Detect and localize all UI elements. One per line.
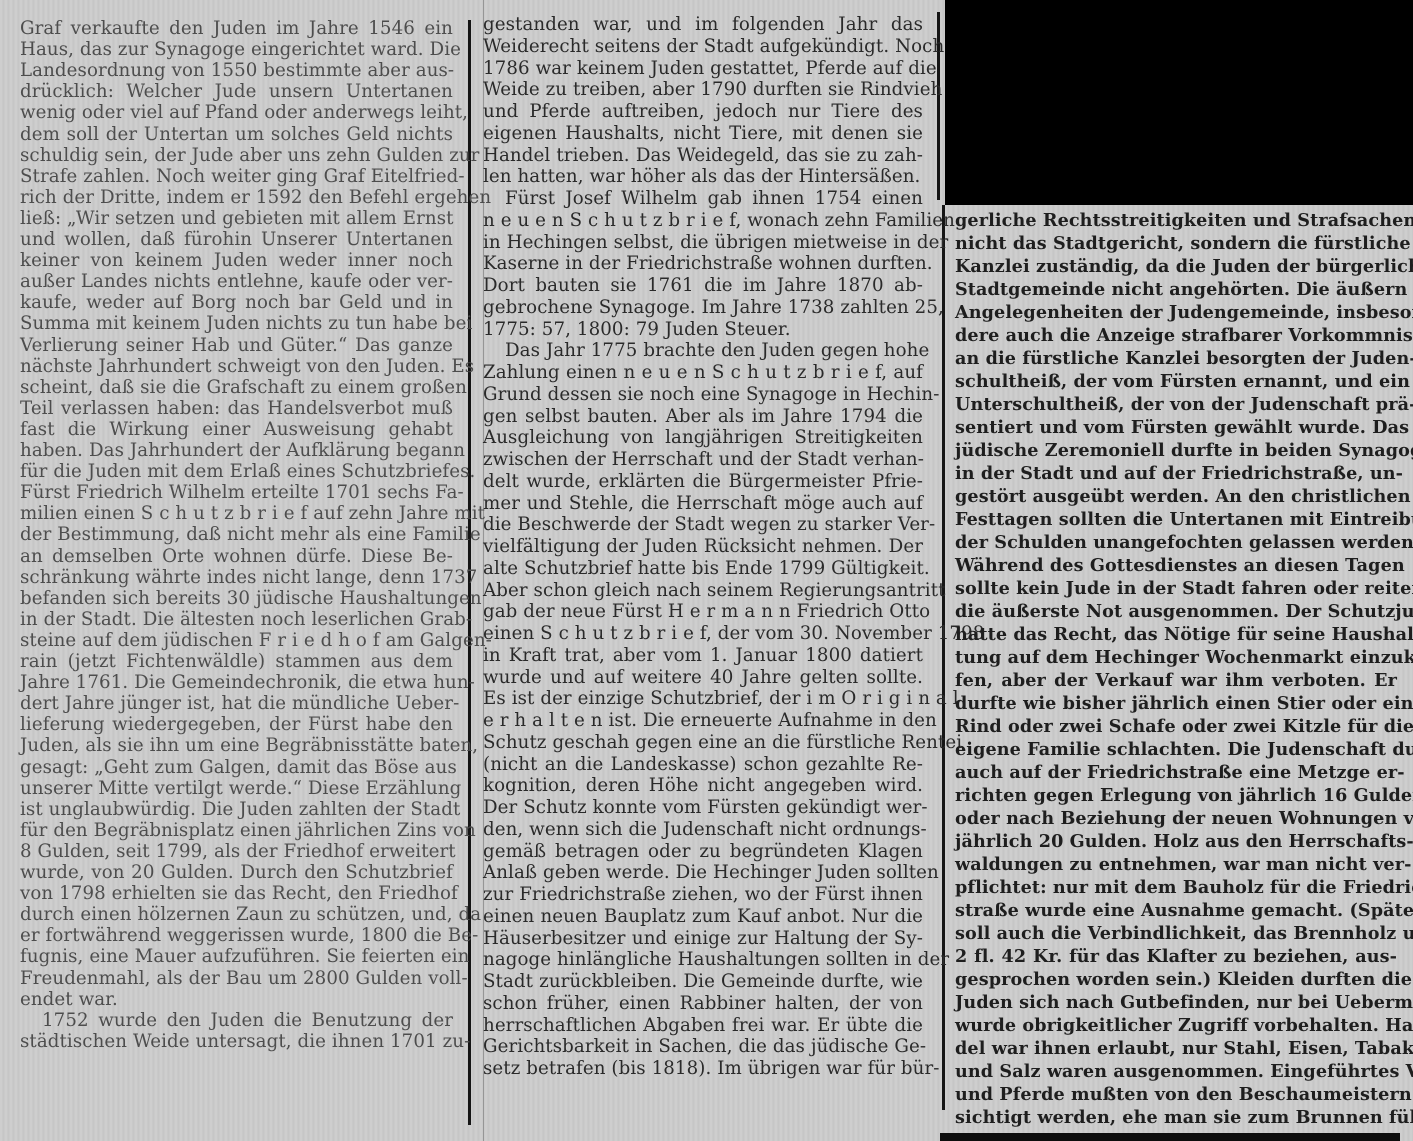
text-line: gestört ausgeübt werden. An den christli… — [955, 485, 1397, 508]
text-line: del war ihnen erlaubt, nur Stahl, Eisen,… — [955, 1037, 1397, 1060]
text-line: ist unglaubwürdig. Die Juden zahlten der… — [20, 799, 453, 820]
text-line: hatte das Recht, das Nötige für seine Ha… — [955, 623, 1397, 646]
text-line: Kaserne in der Friedrichstraße wohnen du… — [483, 253, 923, 275]
text-line: straße wurde eine Ausnahme gemacht. (Spä… — [955, 899, 1397, 922]
text-line: nagoge hinlängliche Haushaltungen sollte… — [483, 949, 923, 971]
text-line: 1775: 57, 1800: 79 Juden Steuer. — [483, 319, 923, 341]
text-line: Fürst Josef Wilhelm gab ihnen 1754 einen — [483, 188, 923, 210]
text-line: haben. Das Jahrhundert der Aufklärung be… — [20, 440, 453, 461]
text-line: ließ: „Wir setzen und gebieten mit allem… — [20, 208, 453, 229]
text-line: Fürst Friedrich Wilhelm erteilte 1701 se… — [20, 482, 453, 503]
text-line: Anlaß geben werde. Die Hechinger Juden s… — [483, 862, 923, 884]
text-line: fugnis, eine Mauer aufzuführen. Sie feie… — [20, 946, 453, 967]
text-line: Freudenmahl, als der Bau um 2800 Gulden … — [20, 968, 453, 989]
text-line: drücklich: Welcher Jude unsern Untertane… — [20, 81, 453, 102]
text-line: Aber schon gleich nach seinem Regierungs… — [483, 580, 923, 602]
text-line: von 1798 erhielten sie das Recht, den Fr… — [20, 883, 453, 904]
text-line: gerliche Rechtsstreitigkeiten und Strafs… — [955, 209, 1397, 232]
text-line: wurde obrigkeitlicher Zugriff vorbehalte… — [955, 1014, 1397, 1037]
text-line: 8 Gulden, seit 1799, als der Friedhof er… — [20, 841, 453, 862]
text-line: eigenen Haushalts, nicht Tiere, mit dene… — [483, 123, 923, 145]
text-line: steine auf dem jüdischen F r i e d h o f… — [20, 630, 453, 651]
text-line: Ausgleichung von langjährigen Streitigke… — [483, 427, 923, 449]
text-line: tung auf dem Hechinger Wochenmarkt einzu… — [955, 646, 1397, 669]
text-line: dem soll der Untertan um solches Geld ni… — [20, 124, 453, 145]
text-line: nicht das Stadtgericht, sondern die fürs… — [955, 232, 1397, 255]
text-line: Jahre 1761. Die Gemeindechronik, die etw… — [20, 672, 453, 693]
text-line: Graf verkaufte den Juden im Jahre 1546 e… — [20, 18, 453, 39]
text-line: städtischen Weide untersagt, die ihnen 1… — [20, 1031, 453, 1052]
text-line: Teil verlassen haben: das Handelsverbot … — [20, 398, 453, 419]
text-line: für den Begräbnisplatz einen jährlichen … — [20, 820, 453, 841]
text-line: einen S c h u t z b r i e f, der vom 30.… — [483, 623, 923, 645]
text-line: Während des Gottesdienstes an diesen Tag… — [955, 554, 1397, 577]
text-line: sentiert und vom Fürsten gewählt wurde. … — [955, 416, 1397, 439]
scanned-newspaper-page: Graf verkaufte den Juden im Jahre 1546 e… — [0, 0, 1413, 1141]
text-line: jüdische Zeremoniell durfte in beiden Sy… — [955, 439, 1397, 462]
text-line: soll auch die Verbindlichkeit, das Brenn… — [955, 922, 1397, 945]
text-line: sichtigt werden, ehe man sie zum Brunnen… — [955, 1106, 1397, 1129]
text-line: dert Jahre jünger ist, hat die mündliche… — [20, 693, 453, 714]
bottom-rule — [940, 1133, 1400, 1141]
text-line: pflichtet: nur mit dem Bauholz für die F… — [955, 876, 1397, 899]
text-line: schuldig sein, der Jude aber uns zehn Gu… — [20, 145, 453, 166]
text-line: Summa mit keinem Juden nichts zu tun hab… — [20, 313, 453, 334]
text-line: Kanzlei zuständig, da die Juden der bürg… — [955, 255, 1397, 278]
text-line: zwischen der Herrschaft und der Stadt ve… — [483, 449, 923, 471]
text-line: Weide zu treiben, aber 1790 durften sie … — [483, 79, 923, 101]
text-line: Grund dessen sie noch eine Synagoge in H… — [483, 384, 923, 406]
text-line: vielfältigung der Juden Rücksicht nehmen… — [483, 536, 923, 558]
text-line: endet war. — [20, 989, 453, 1010]
text-line: in der Stadt. Die ältesten noch leserlic… — [20, 609, 453, 630]
text-line: Strafe zahlen. Noch weiter ging Graf Eit… — [20, 166, 453, 187]
text-line: Rind oder zwei Schafe oder zwei Kitzle f… — [955, 715, 1397, 738]
text-line: gesprochen worden sein.) Kleiden durften… — [955, 968, 1397, 991]
text-line: setz betrafen (bis 1818). Im übrigen war… — [483, 1058, 923, 1080]
text-line: Häuserbesitzer und einige zur Haltung de… — [483, 928, 923, 950]
text-line: Juden sich nach Gutbefinden, nur bei Ueb… — [955, 991, 1397, 1014]
text-column-right: gerliche Rechtsstreitigkeiten und Strafs… — [955, 209, 1397, 1129]
text-line: durfte wie bisher jährlich einen Stier o… — [955, 692, 1397, 715]
text-line: wurde und auf weitere 40 Jahre gelten so… — [483, 667, 923, 689]
text-line: Dort bauten sie 1761 die im Jahre 1870 a… — [483, 275, 923, 297]
text-line: an die fürstliche Kanzlei besorgten der … — [955, 347, 1397, 370]
text-line: an demselben Orte wohnen dürfe. Diese Be… — [20, 546, 453, 567]
text-line: der Bestimmung, daß nicht mehr als eine … — [20, 524, 453, 545]
text-line: rain (jetzt Fichtenwäldle) stammen aus d… — [20, 651, 453, 672]
text-line: fast die Wirkung einer Ausweisung gehabt — [20, 419, 453, 440]
text-line: (nicht an die Landeskasse) schon gezahlt… — [483, 754, 923, 776]
text-column-middle: gestanden war, und im folgenden Jahr das… — [483, 14, 923, 1134]
text-line: kognition, deren Höhe nicht angegeben wi… — [483, 775, 923, 797]
text-line: Verlierung seiner Hab und Güter.“ Das ga… — [20, 335, 453, 356]
text-line: und wollen, daß fürohin Unserer Untertan… — [20, 229, 453, 250]
text-line: auch auf der Friedrichstraße eine Metzge… — [955, 761, 1397, 784]
text-line: len hatten, war höher als das der Hinter… — [483, 166, 923, 188]
text-line: fen, aber der Verkauf war ihm verboten. … — [955, 669, 1397, 692]
text-line: und Pferde auftreiben, jedoch nur Tiere … — [483, 101, 923, 123]
text-line: Gerichtsbarkeit in Sachen, die das jüdis… — [483, 1036, 923, 1058]
text-line: Landesordnung von 1550 bestimmte aber au… — [20, 60, 453, 81]
text-line: Weiderecht seitens der Stadt aufgekündig… — [483, 36, 923, 58]
text-line: jährlich 20 Gulden. Holz aus den Herrsch… — [955, 830, 1397, 853]
text-line: delt wurde, erklärten die Bürgermeister … — [483, 471, 923, 493]
text-line: 1786 war keinem Juden gestattet, Pferde … — [483, 58, 923, 80]
text-line: den, wenn sich die Judenschaft nicht ord… — [483, 819, 923, 841]
text-line: schränkung währte indes nicht lange, den… — [20, 567, 453, 588]
text-line: keiner von keinem Juden weder inner noch — [20, 250, 453, 271]
text-line: zur Friedrichstraße ziehen, wo der Fürst… — [483, 884, 923, 906]
text-line: nächste Jahrhundert schweigt von den Jud… — [20, 356, 453, 377]
text-line: Stadt zurückbleiben. Die Gemeinde durfte… — [483, 971, 923, 993]
text-line: alte Schutzbrief hatte bis Ende 1799 Gül… — [483, 558, 923, 580]
text-line: Juden, als sie ihn um eine Begräbnisstät… — [20, 735, 453, 756]
text-line: durch einen hölzernen Zaun zu schützen, … — [20, 904, 453, 925]
text-line: Das Jahr 1775 brachte den Juden gegen ho… — [483, 340, 923, 362]
text-line: für die Juden mit dem Erlaß eines Schutz… — [20, 461, 453, 482]
text-line: gebrochene Synagoge. Im Jahre 1738 zahlt… — [483, 297, 923, 319]
text-line: in Kraft trat, aber vom 1. Januar 1800 d… — [483, 645, 923, 667]
text-line: Stadtgemeinde nicht angehörten. Die äuße… — [955, 278, 1397, 301]
text-line: lieferung wiedergegeben, der Fürst habe … — [20, 714, 453, 735]
text-line: dere auch die Anzeige strafbarer Vorkomm… — [955, 324, 1397, 347]
text-line: unserer Mitte vertilgt werde.“ Diese Erz… — [20, 778, 453, 799]
text-line: Haus, das zur Synagoge eingerichtet ward… — [20, 39, 453, 60]
text-line: Angelegenheiten der Judengemeinde, insbe… — [955, 301, 1397, 324]
text-line: wenig oder viel auf Pfand oder anderwegs… — [20, 102, 453, 123]
text-line: gen selbst bauten. Aber als im Jahre 179… — [483, 406, 923, 428]
text-line: Zahlung einen n e u e n S c h u t z b r … — [483, 362, 923, 384]
text-line: gemäß betragen oder zu begründeten Klage… — [483, 841, 923, 863]
text-line: und Pferde mußten von den Beschaumeister… — [955, 1083, 1397, 1106]
text-line: e r h a l t e n ist. Die erneuerte Aufna… — [483, 710, 923, 732]
text-line: Der Schutz konnte vom Fürsten gekündigt … — [483, 797, 923, 819]
text-line: Schutz geschah gegen eine an die fürstli… — [483, 732, 923, 754]
text-line: Festtagen sollten die Untertanen mit Ein… — [955, 508, 1397, 531]
text-line: in der Stadt und auf der Friedrichstraße… — [955, 462, 1397, 485]
text-line: herrschaftlichen Abgaben frei war. Er üb… — [483, 1015, 923, 1037]
text-line: in Hechingen selbst, die übrigen mietwei… — [483, 232, 923, 254]
text-line: Handel trieben. Das Weidegeld, das sie z… — [483, 145, 923, 167]
text-line: gab der neue Fürst H e r m a n n Friedri… — [483, 601, 923, 623]
text-line: der Schulden unangefochten gelassen werd… — [955, 531, 1397, 554]
text-line: schon früher, einen Rabbiner halten, der… — [483, 993, 923, 1015]
text-line: scheint, daß sie die Grafschaft zu einem… — [20, 377, 453, 398]
text-line: rich der Dritte, indem er 1592 den Befeh… — [20, 187, 453, 208]
redacted-black-region — [945, 0, 1413, 205]
text-line: waldungen zu entnehmen, war man nicht ve… — [955, 853, 1397, 876]
text-column-left: Graf verkaufte den Juden im Jahre 1546 e… — [20, 18, 453, 1138]
text-line: die Beschwerde der Stadt wegen zu starke… — [483, 514, 923, 536]
text-line: 2 fl. 42 Kr. für das Klafter zu beziehen… — [955, 945, 1397, 968]
text-line: oder nach Beziehung der neuen Wohnungen … — [955, 807, 1397, 830]
text-line: die äußerste Not ausgenommen. Der Schutz… — [955, 600, 1397, 623]
text-line: milien einen S c h u t z b r i e f auf z… — [20, 503, 453, 524]
text-line: außer Landes nichts entlehne, kaufe oder… — [20, 271, 453, 292]
text-line: Unterschultheiß, der von der Judenschaft… — [955, 393, 1397, 416]
text-line: richten gegen Erlegung von jährlich 16 G… — [955, 784, 1397, 807]
text-line: kaufe, weder auf Borg noch bar Geld und … — [20, 292, 453, 313]
text-line: befanden sich bereits 30 jüdische Hausha… — [20, 588, 453, 609]
text-line: schultheiß, der vom Fürsten ernannt, und… — [955, 370, 1397, 393]
column-divider-right-lower — [942, 205, 945, 1110]
text-line: sollte kein Jude in der Stadt fahren ode… — [955, 577, 1397, 600]
text-line: n e u e n S c h u t z b r i e f, wonach … — [483, 210, 923, 232]
text-line: Es ist der einzige Schutzbrief, der i m … — [483, 688, 923, 710]
text-line: eigene Familie schlachten. Die Judenscha… — [955, 738, 1397, 761]
text-line: einen neuen Bauplatz zum Kauf anbot. Nur… — [483, 906, 923, 928]
text-line: er fortwährend weggerissen wurde, 1800 d… — [20, 925, 453, 946]
text-line: und Salz waren ausgenommen. Eingeführtes… — [955, 1060, 1397, 1083]
text-line: 1752 wurde den Juden die Benutzung der — [20, 1010, 453, 1031]
text-line: gestanden war, und im folgenden Jahr das — [483, 14, 923, 36]
text-line: wurde, von 20 Gulden. Durch den Schutzbr… — [20, 862, 453, 883]
text-line: mer und Stehle, die Herrschaft möge auch… — [483, 493, 923, 515]
text-line: gesagt: „Geht zum Galgen, damit das Böse… — [20, 757, 453, 778]
